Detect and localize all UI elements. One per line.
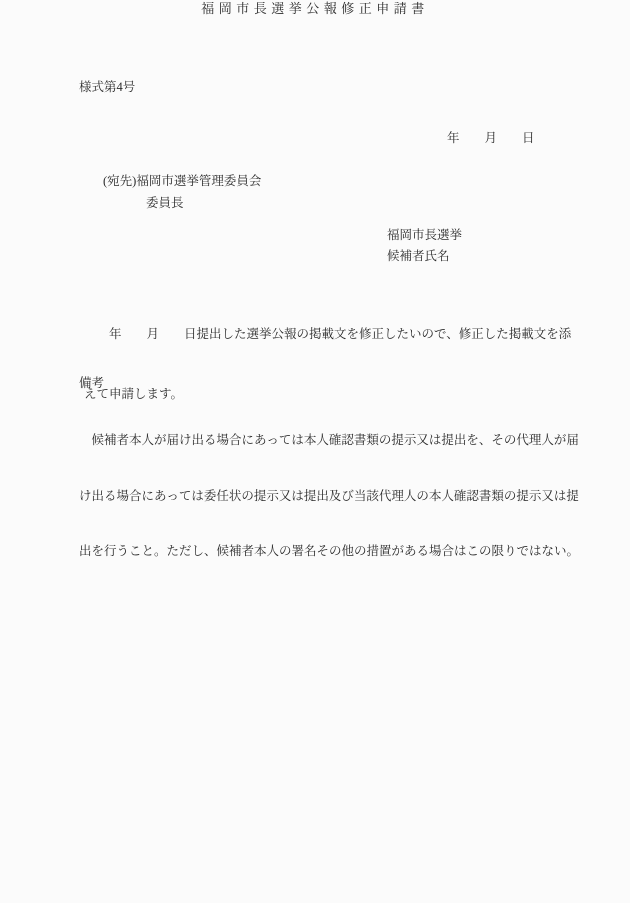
recipient-line: (宛先)福岡市選挙管理委員会 [103,173,261,191]
document-page: 様式第4号 福岡市長選挙公報修正申請書 年 月 日 (宛先)福岡市選挙管理委員会… [0,0,630,903]
form-number: 様式第4号 [79,79,135,97]
document-title: 福岡市長選挙公報修正申請書 [0,0,630,18]
body-line: 年 月 日提出した選挙公報の掲載文を修正したいので、修正した掲載文を添 [84,324,582,344]
election-name: 福岡市長選挙 [387,227,462,245]
date-line: 年 月 日 [447,130,535,148]
candidate-name-label: 候補者氏名 [387,248,450,266]
remarks-line: 候補者本人が届け出る場合にあっては本人確認書類の提示又は提出を、その代理人が届 [79,431,581,450]
remarks-label: 備考 [79,375,104,393]
remarks-line: け出る場合にあっては委任状の提示又は提出及び当該代理人の本人確認書類の提示又は提 [79,487,581,506]
chairman-line: 委員長 [146,195,184,213]
remarks-line: 出を行うこと。ただし、候補者本人の署名その他の措置がある場合はこの限りではない。 [79,542,581,561]
remarks-paragraph: 候補者本人が届け出る場合にあっては本人確認書類の提示又は提出を、その代理人が届 … [79,394,581,598]
